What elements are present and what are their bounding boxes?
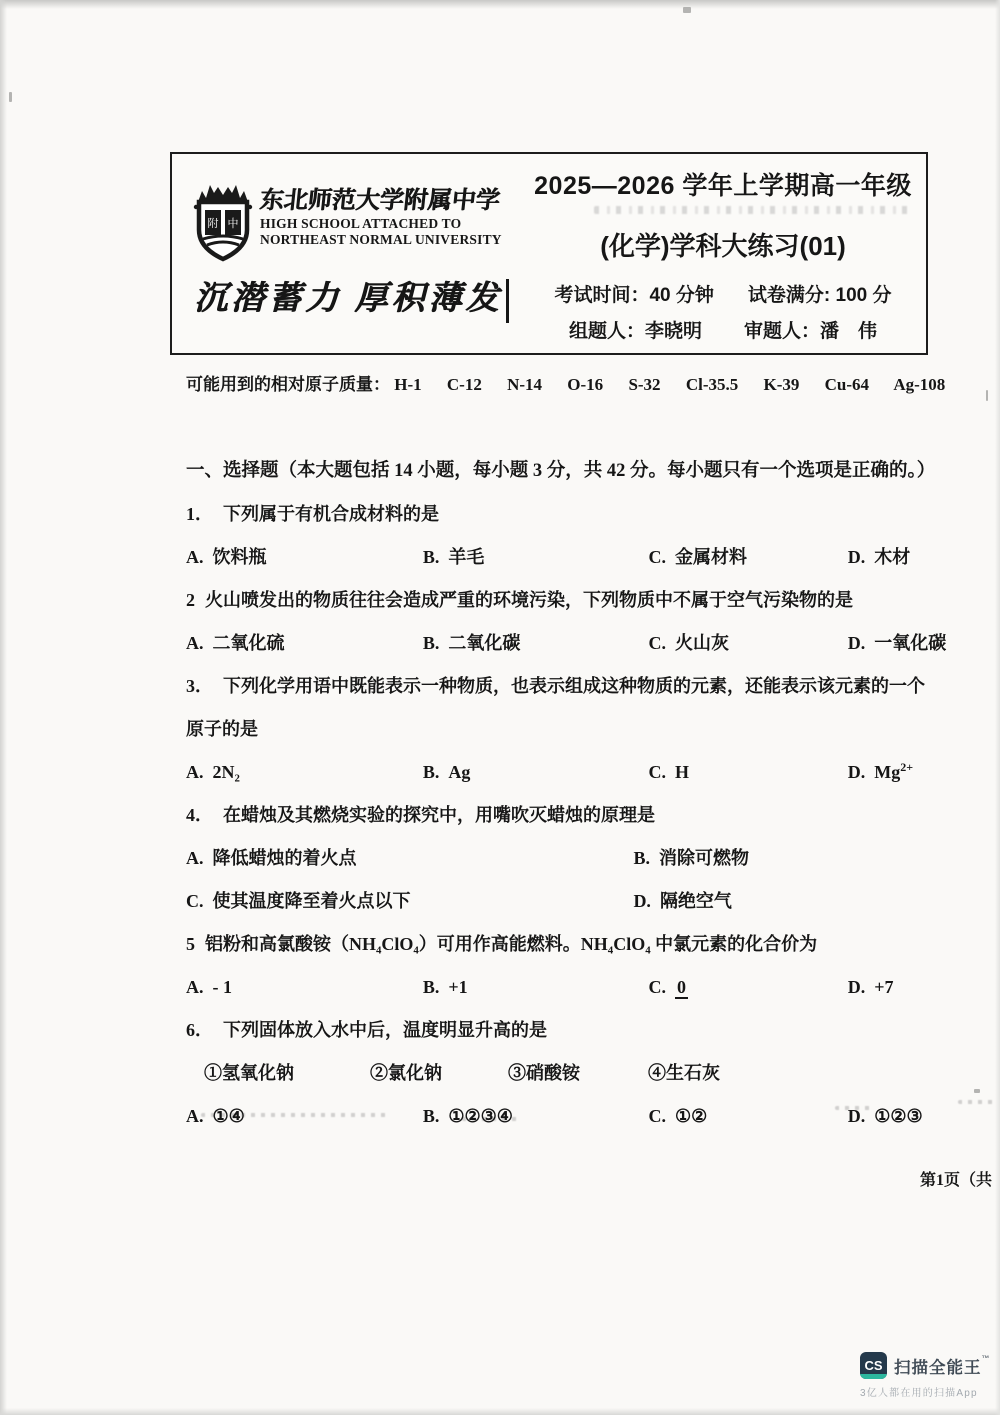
option-label: D. <box>848 547 866 567</box>
option-b: B.Ag <box>423 751 649 794</box>
option-d: D.+7 <box>848 966 938 1009</box>
camscanner-watermark: CS 扫描全能王™ 3亿人都在用的扫描App <box>860 1352 995 1399</box>
option-text: 使其温度降至着火点以下 <box>213 891 411 911</box>
section-title: 一、选择题（本大题包括 14 小题，每小题 3 分，共 42 分。每小题只有一个… <box>186 450 938 493</box>
exam-title-line2: (化学)学科大练习(01) <box>524 226 922 263</box>
option-text-underlined: 0 <box>675 977 688 999</box>
exam-info-line2: 组题人：李晓明 审题人：潘 伟 <box>524 316 922 343</box>
scan-artifact <box>986 390 988 401</box>
superscript-charge: 2+ <box>900 760 913 774</box>
item-3: ③硝酸铵 <box>508 1052 648 1095</box>
smudged-text-artifact <box>594 206 912 214</box>
option-label: D. <box>848 762 866 782</box>
scan-edge-shadow <box>995 0 1000 1415</box>
item-1: ①氢氧化钠 <box>204 1052 370 1095</box>
option-label: B. <box>423 762 440 782</box>
option-text: 饮料瓶 <box>213 547 267 567</box>
option-label: B. <box>423 633 440 653</box>
exam-setter: 组题人：李晓明 <box>569 316 702 343</box>
option-text: 一氧化碳 <box>874 633 946 653</box>
option-a: A.2N₂ <box>186 751 423 794</box>
question-3-options: A.2N₂ B.Ag C.H D.Mg2+ <box>186 751 938 794</box>
option-a: A.- 1 <box>186 966 423 1009</box>
question-4-options-row2: C.使其温度降至着火点以下 D.隔绝空气 <box>186 880 938 923</box>
question-4-options-row1: A.降低蜡烛的着火点 B.消除可燃物 <box>186 837 938 880</box>
emblem-char-2: 中 <box>228 216 239 230</box>
option-label: C. <box>648 762 666 782</box>
exam-full-score: 试卷满分: 100 分 <box>748 280 892 307</box>
question-number: 5 <box>186 934 195 954</box>
atomic-mass-value: Ag-108 <box>893 375 945 394</box>
option-text: 降低蜡烛的着火点 <box>213 848 357 868</box>
option-text: 羊毛 <box>448 547 484 567</box>
item-4: ④生石灰 <box>648 1052 938 1095</box>
exam-page: 附 中 东北师范大学附属中学 HIGH SCHOOL ATTACHED TO N… <box>0 0 1000 1415</box>
question-text: 下列化学用语中既能表示一种物质，也表示组成这种物质的元素，还能表示该元素的一个原… <box>186 676 925 739</box>
option-b: B.羊毛 <box>423 536 649 579</box>
emblem-char-1: 附 <box>208 216 219 230</box>
option-b: B.消除可燃物 <box>633 837 938 880</box>
question-text: 铝粉和高氯酸铵（NH₄ClO₄）可用作高能燃料。NH₄ClO₄ 中氯元素的化合价… <box>205 934 817 954</box>
option-text: 火山灰 <box>675 633 729 653</box>
option-d: D.①②③ <box>848 1095 938 1138</box>
option-label: D. <box>633 891 651 911</box>
option-b: B.①②③④ <box>423 1095 649 1138</box>
option-c: C.使其温度降至着火点以下 <box>186 880 633 923</box>
camscanner-tagline: 3亿人都在用的扫描App <box>860 1384 995 1399</box>
option-text: 2N₂ <box>213 762 240 782</box>
school-emblem-logo: 附 中 <box>192 180 254 269</box>
option-text: 二氧化硫 <box>213 633 285 653</box>
atomic-mass-value: S-32 <box>628 375 660 394</box>
stray-vertical-mark <box>506 279 509 323</box>
question-number: 4． <box>186 805 213 825</box>
exam-body: 可能用到的相对原子质量： H-1 C-12 N-14 O-16 S-32 Cl-… <box>186 363 938 1138</box>
option-a: A.降低蜡烛的着火点 <box>186 837 633 880</box>
option-label: D. <box>848 1106 866 1126</box>
atomic-mass-value: H-1 <box>394 375 421 394</box>
question-number: 6． <box>186 1020 213 1040</box>
question-number: 1． <box>186 504 213 524</box>
trademark-symbol: ™ <box>982 1354 991 1363</box>
school-name-english-line1: HIGH SCHOOL ATTACHED TO <box>260 216 502 232</box>
exam-time: 考试时间：40 分钟 <box>554 280 713 307</box>
camscanner-logo-icon: CS <box>860 1352 887 1379</box>
option-label: B. <box>423 547 440 567</box>
school-crest-icon: 附 中 <box>192 180 254 264</box>
option-text: +7 <box>874 977 893 997</box>
scan-edge-shadow <box>0 1408 1000 1415</box>
option-c: C.H <box>648 751 847 794</box>
option-b: B.二氧化碳 <box>423 622 649 665</box>
scan-artifact <box>9 92 12 102</box>
option-d: D.Mg2+ <box>848 751 938 794</box>
question-text: 下列固体放入水中后，温度明显升高的是 <box>223 1020 547 1040</box>
option-d: D.一氧化碳 <box>848 622 938 665</box>
option-text: Mg <box>874 762 900 782</box>
question-1-stem: 1．下列属于有机合成材料的是 <box>186 493 938 536</box>
option-d: D.木材 <box>848 536 938 579</box>
question-6-stem: 6．下列固体放入水中后，温度明显升高的是 <box>186 1009 938 1052</box>
question-4-stem: 4．在蜡烛及其燃烧实验的探究中，用嘴吹灭蜡烛的原理是 <box>186 794 938 837</box>
option-label: D. <box>848 977 866 997</box>
option-text: 消除可燃物 <box>659 848 749 868</box>
option-label: D. <box>848 633 866 653</box>
option-text: ①②③④ <box>448 1106 513 1126</box>
question-number: 3． <box>186 676 213 696</box>
exam-reviewer: 审题人：潘 伟 <box>744 316 877 343</box>
option-text: - 1 <box>213 977 233 997</box>
scan-artifact <box>683 7 691 13</box>
option-text: ①②③ <box>874 1106 922 1126</box>
question-6-items: ①氢氧化钠 ②氯化钠 ③硝酸铵 ④生石灰 <box>186 1052 938 1095</box>
school-name-chinese: 东北师范大学附属中学 <box>258 180 512 215</box>
exam-title-line1: 2025—2026 学年上学期高一年级 <box>524 166 922 202</box>
option-label: A. <box>186 762 204 782</box>
question-text: 火山喷发出的物质往往会造成严重的环境污染，下列物质中不属于空气污染物的是 <box>205 590 853 610</box>
item-2: ②氯化钠 <box>370 1052 508 1095</box>
option-label: A. <box>186 977 204 997</box>
exam-info-line1: 考试时间：40 分钟 试卷满分: 100 分 <box>524 280 922 307</box>
option-label: C. <box>648 633 666 653</box>
option-c: C.金属材料 <box>648 536 847 579</box>
option-label: B. <box>633 848 650 868</box>
camscanner-name-text: 扫描全能王 <box>894 1359 982 1377</box>
atomic-mass-line: 可能用到的相对原子质量： H-1 C-12 N-14 O-16 S-32 Cl-… <box>186 363 938 406</box>
option-a: A.二氧化硫 <box>186 622 423 665</box>
option-text: 二氧化碳 <box>448 633 520 653</box>
atomic-mass-value: Cl-35.5 <box>686 375 738 394</box>
school-motto-text: 沉潜蓄力 厚积薄发 <box>194 281 502 317</box>
exam-title-block: 2025—2026 学年上学期高一年级 (化学)学科大练习(01) 考试时间：4… <box>524 166 922 343</box>
question-5-stem: 5铝粉和高氯酸铵（NH₄ClO₄）可用作高能燃料。NH₄ClO₄ 中氯元素的化合… <box>186 923 938 966</box>
option-label: B. <box>423 977 440 997</box>
question-2-options: A.二氧化硫 B.二氧化碳 C.火山灰 D.一氧化碳 <box>186 622 938 665</box>
option-text: ①④ <box>213 1106 245 1126</box>
question-1-options: A.饮料瓶 B.羊毛 C.金属材料 D.木材 <box>186 536 938 579</box>
question-3-stem: 3．下列化学用语中既能表示一种物质，也表示组成这种物质的元素，还能表示该元素的一… <box>186 665 938 751</box>
page-number: 第1页（共 <box>920 1167 992 1190</box>
scan-edge-shadow <box>0 0 7 1415</box>
atomic-mass-value: K-39 <box>763 375 799 394</box>
scan-edge-shadow <box>0 0 1000 9</box>
exam-header-box: 附 中 东北师范大学附属中学 HIGH SCHOOL ATTACHED TO N… <box>170 152 928 355</box>
option-text: 木材 <box>874 547 910 567</box>
option-text: ①② <box>675 1106 707 1126</box>
school-name-english-line2: NORTHEAST NORMAL UNIVERSITY <box>260 232 502 248</box>
question-text: 下列属于有机合成材料的是 <box>223 504 439 524</box>
option-d: D.隔绝空气 <box>633 880 938 923</box>
atomic-mass-label: 可能用到的相对原子质量： <box>186 375 390 394</box>
option-label: C. <box>186 891 204 911</box>
scan-smear <box>958 1100 996 1104</box>
option-text: Ag <box>448 762 470 782</box>
atomic-mass-value: N-14 <box>507 375 542 394</box>
camscanner-app-name: 扫描全能王™ <box>894 1354 991 1378</box>
scan-artifact <box>974 1089 980 1093</box>
option-label: A. <box>186 633 204 653</box>
option-text: +1 <box>448 977 467 997</box>
option-label: C. <box>648 977 666 997</box>
option-text: 金属材料 <box>675 547 747 567</box>
option-c: C.火山灰 <box>648 622 847 665</box>
option-a: A.①④ <box>186 1095 423 1138</box>
option-c: C.①② <box>648 1095 847 1138</box>
option-label: A. <box>186 848 204 868</box>
option-label: C. <box>648 547 666 567</box>
atomic-mass-value: Cu-64 <box>825 375 869 394</box>
school-motto: 沉潜蓄力 厚积薄发 <box>194 272 509 323</box>
atomic-mass-value: C-12 <box>447 375 482 394</box>
school-name-english: HIGH SCHOOL ATTACHED TO NORTHEAST NORMAL… <box>260 216 502 248</box>
question-5-options: A.- 1 B.+1 C.0 D.+7 <box>186 966 938 1009</box>
option-a: A.饮料瓶 <box>186 536 423 579</box>
atomic-mass-value: O-16 <box>567 375 603 394</box>
option-c: C.0 <box>648 966 847 1009</box>
question-text: 在蜡烛及其燃烧实验的探究中，用嘴吹灭蜡烛的原理是 <box>223 805 655 825</box>
option-text: H <box>675 762 689 782</box>
option-label: A. <box>186 547 204 567</box>
option-label: C. <box>648 1106 666 1126</box>
option-text: 隔绝空气 <box>660 891 732 911</box>
option-label: B. <box>423 1106 440 1126</box>
question-2-stem: 2火山喷发出的物质往往会造成严重的环境污染，下列物质中不属于空气污染物的是 <box>186 579 938 622</box>
option-b: B.+1 <box>423 966 649 1009</box>
option-label: A. <box>186 1106 204 1126</box>
question-6-options: A.①④ B.①②③④ C.①② D.①②③ <box>186 1095 938 1138</box>
question-number: 2 <box>186 590 195 610</box>
